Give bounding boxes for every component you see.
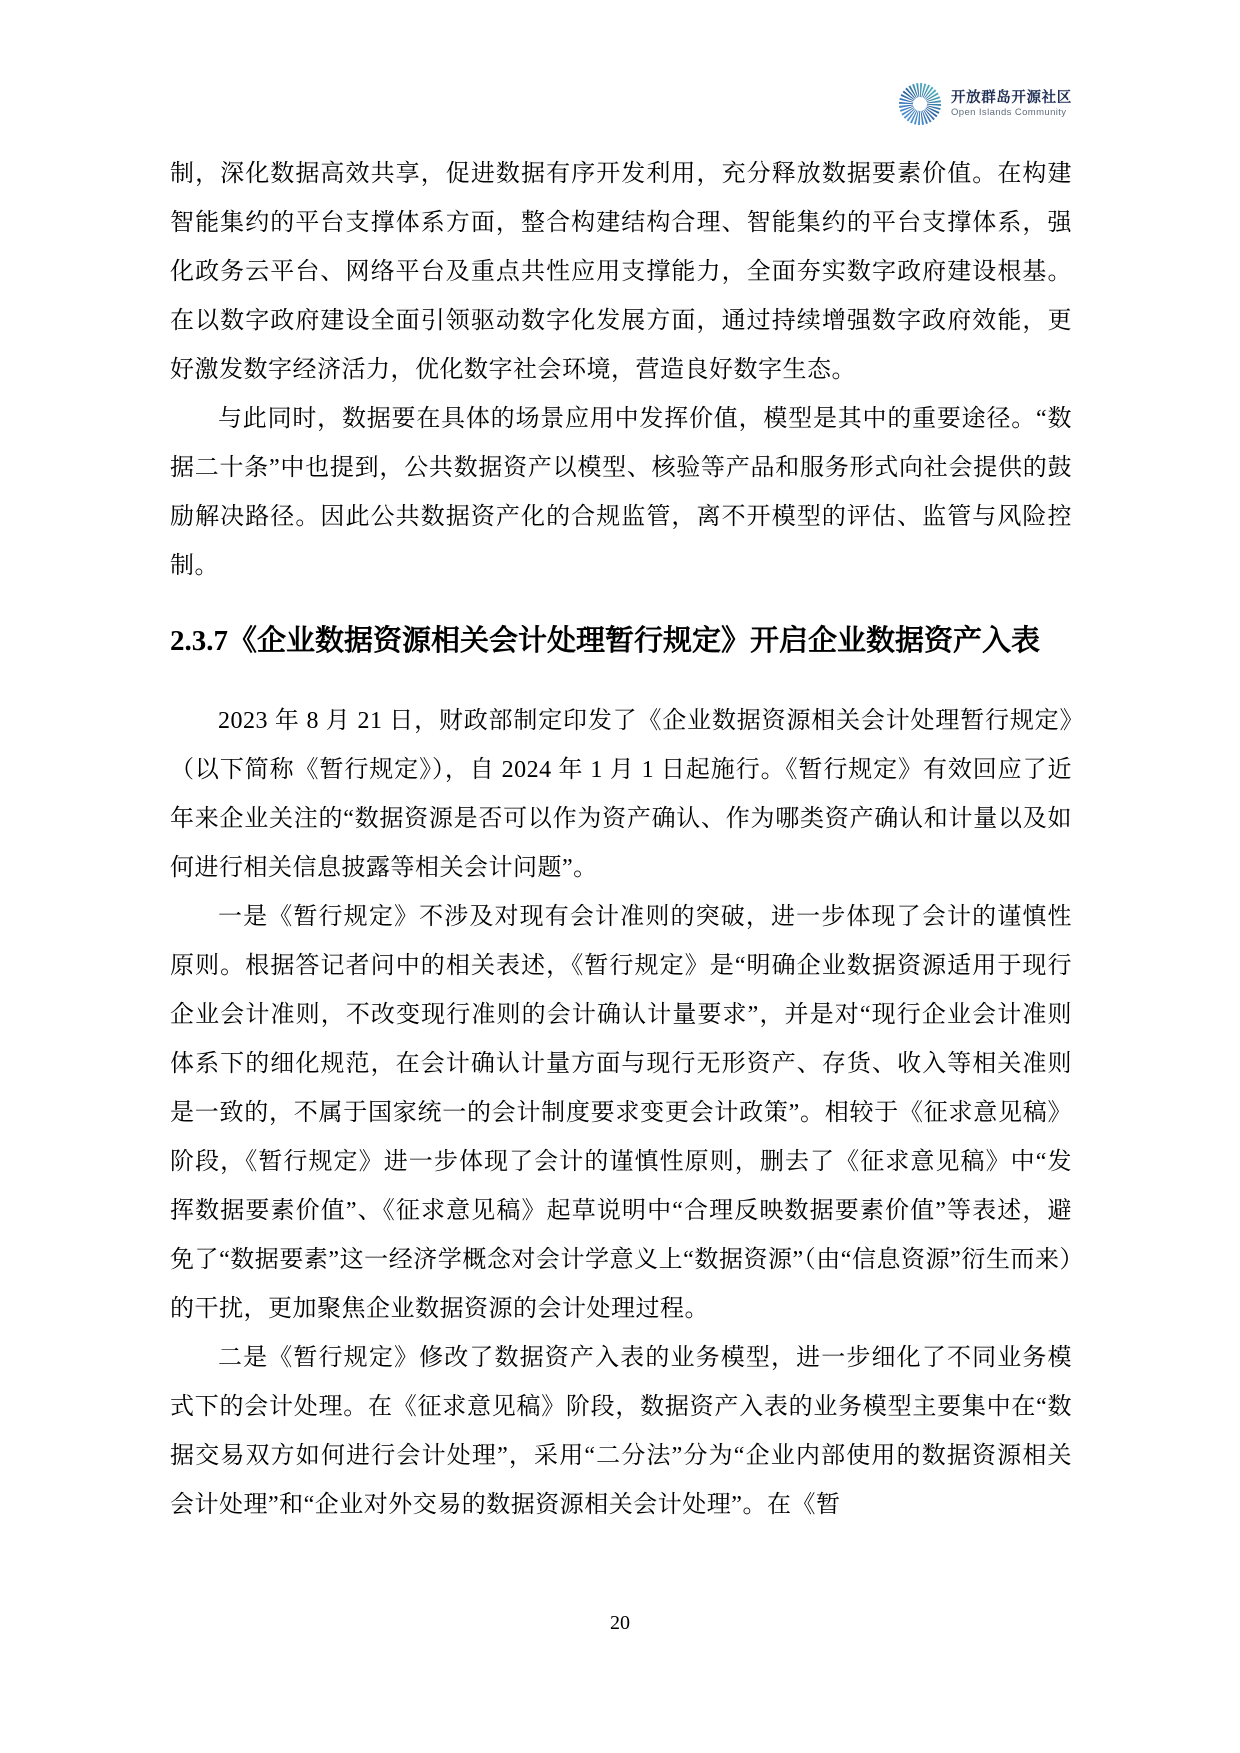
paragraph: 与此同时，数据要在具体的场景应用中发挥价值，模型是其中的重要途径。“数据二十条”… bbox=[170, 395, 1072, 591]
document-page: 开放群岛开源社区 Open Islands Community 制，深化数据高效… bbox=[0, 0, 1240, 1753]
logo-title-zh: 开放群岛开源社区 bbox=[951, 90, 1072, 107]
logo-text-block: 开放群岛开源社区 Open Islands Community bbox=[951, 90, 1072, 119]
paragraph-continuation: 制，深化数据高效共享，促进数据有序开发利用，充分释放数据要素价值。在构建智能集约… bbox=[170, 150, 1072, 395]
sunburst-icon bbox=[898, 82, 942, 126]
paragraph: 一是《暂行规定》不涉及对现有会计准则的突破，进一步体现了会计的谨慎性原则。根据答… bbox=[170, 893, 1072, 1334]
paragraph: 二是《暂行规定》修改了数据资产入表的业务模型，进一步细化了不同业务模式下的会计处… bbox=[170, 1334, 1072, 1530]
document-body: 制，深化数据高效共享，促进数据有序开发利用，充分释放数据要素价值。在构建智能集约… bbox=[170, 150, 1072, 1530]
paragraph: 2023 年 8 月 21 日，财政部制定印发了《企业数据资源相关会计处理暂行规… bbox=[170, 697, 1072, 893]
logo-title-en: Open Islands Community bbox=[951, 107, 1072, 119]
header-logo: 开放群岛开源社区 Open Islands Community bbox=[898, 82, 1072, 126]
page-number: 20 bbox=[0, 1612, 1240, 1635]
section-heading-2-3-7: 2.3.7《企业数据资源相关会计处理暂行规定》开启企业数据资产入表 bbox=[170, 621, 1072, 661]
